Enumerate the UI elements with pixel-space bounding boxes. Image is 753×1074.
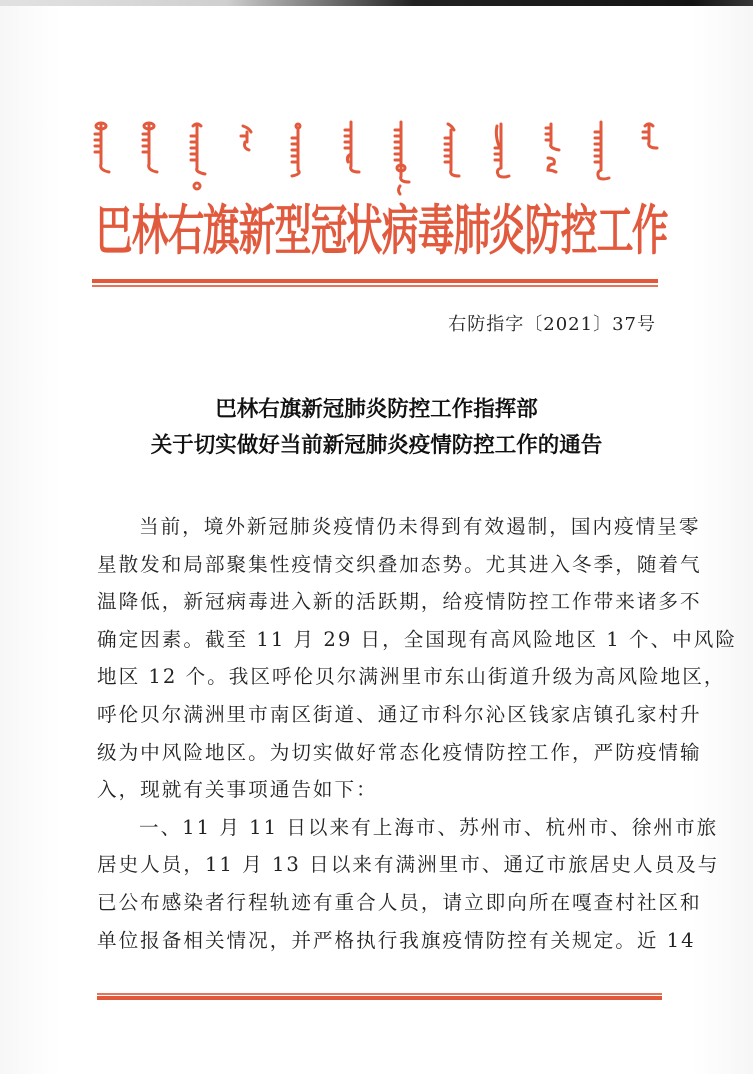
title-char: 状	[346, 196, 370, 266]
notice-body: 当前，境外新冠肺炎疫情仍未得到有效遏制，国内疫情呈零 星散发和局部聚集性疫情交织…	[97, 508, 660, 959]
mongolian-word	[188, 120, 206, 192]
title-char: 肺	[453, 196, 477, 266]
title-char: 右	[167, 196, 191, 266]
scan-shade-right	[693, 0, 753, 1074]
body-line: 呼伦贝尔满洲里市南区街道、通辽市科尔沁区钱家店镇孔家村升	[97, 696, 660, 734]
notice-heading-line-2: 关于切实做好当前新冠肺炎疫情防控工作的通告	[0, 428, 753, 459]
title-char: 毒	[417, 196, 441, 266]
title-char: 工	[596, 196, 620, 266]
mongolian-header	[88, 120, 668, 190]
title-char: 新	[239, 196, 263, 266]
mongolian-word	[392, 120, 410, 196]
body-line: 入，现就有关事项通告如下：	[97, 771, 660, 809]
title-char: 炎	[489, 196, 513, 266]
body-line: 已公布感染者行程轨迹有重合人员，请立即向所在嘎查村社区和	[97, 884, 660, 922]
title-char: 作	[632, 196, 656, 266]
red-rule-bottom-thick	[97, 996, 662, 1000]
mongolian-word	[288, 120, 306, 184]
title-char: 型	[274, 196, 298, 266]
title-char: 病	[382, 196, 406, 266]
body-line: 地区 12 个。我区呼伦贝尔满洲里市东山街道升级为高风险地区，	[97, 658, 660, 696]
mongolian-word	[238, 120, 256, 160]
scan-shade-left	[0, 0, 60, 1074]
mongolian-word	[592, 120, 610, 184]
document-number: 右防指字〔2021〕37号	[448, 310, 656, 336]
red-rule-top-thick	[92, 279, 658, 283]
mongolian-word	[542, 120, 560, 180]
mongolian-word	[140, 120, 158, 180]
scan-edge-shadow	[0, 0, 753, 6]
body-line: 一、11 月 11 日以来有上海市、苏州市、杭州市、徐州市旅	[97, 809, 660, 847]
body-line: 星散发和局部聚集性疫情交织叠加态势。尤其进入冬季，随着气	[97, 546, 660, 584]
mongolian-word	[92, 120, 110, 180]
title-char: 巴	[96, 196, 120, 266]
red-rule-bottom-thin	[97, 993, 662, 995]
title-char: 林	[131, 196, 155, 266]
notice-heading-line-1: 巴林右旗新冠肺炎防控工作指挥部	[0, 392, 753, 423]
body-line: 确定因素。截至 11 月 29 日，全国现有高风险地区 1 个、中风险	[97, 621, 660, 659]
red-rule-top-thin	[92, 285, 658, 287]
body-line: 单位报备相关情况，并严格执行我旗疫情防控有关规定。近 14	[97, 922, 660, 960]
mongolian-word	[640, 120, 658, 160]
title-char: 旗	[203, 196, 227, 266]
body-line: 当前，境外新冠肺炎疫情仍未得到有效遏制，国内疫情呈零	[97, 508, 660, 546]
title-char: 冠	[310, 196, 334, 266]
body-line: 级为中风险地区。为切实做好常态化疫情防控工作，严防疫情输	[97, 734, 660, 772]
body-line: 居史人员，11 月 13 日以来有满洲里市、通辽市旅居史人员及与	[97, 846, 660, 884]
title-char: 控	[560, 196, 584, 266]
body-line: 温降低，新冠病毒进入新的活跃期，给疫情防控工作带来诸多不	[97, 583, 660, 621]
mongolian-word	[492, 120, 510, 184]
mongolian-word	[342, 120, 360, 184]
title-char: 防	[525, 196, 549, 266]
issuer-title: 巴 林 右 旗 新 型 冠 状 病 毒 肺 炎 防 控 工 作	[90, 196, 662, 266]
mongolian-word	[442, 120, 460, 184]
